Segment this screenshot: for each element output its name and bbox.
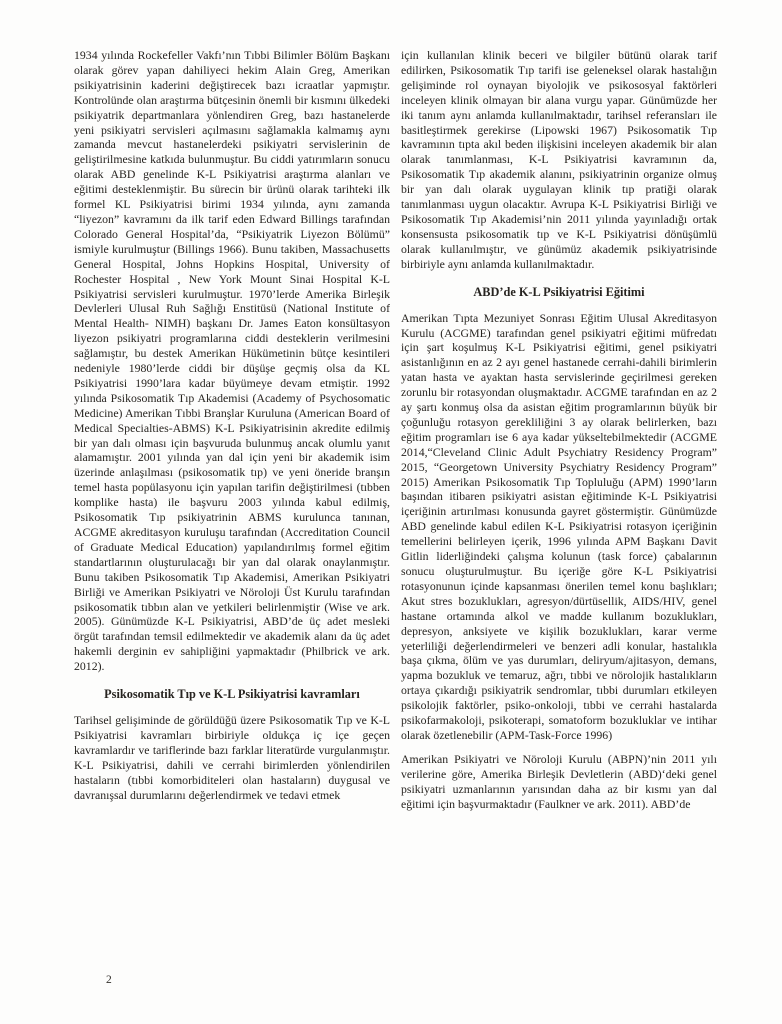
section-heading-abd-egitim: ABD’de K-L Psikiyatrisi Eğitimi (401, 285, 717, 300)
left-paragraph-history: 1934 yılında Rockefeller Vakfı’nın Tıbbi… (74, 48, 390, 674)
right-paragraph-abpn: Amerikan Psikiyatri ve Nöroloji Kurulu (… (401, 752, 717, 812)
page-number: 2 (106, 974, 112, 986)
left-column: 1934 yılında Rockefeller Vakfı’nın Tıbbi… (74, 48, 390, 821)
two-column-layout: 1934 yılında Rockefeller Vakfı’nın Tıbbi… (74, 48, 717, 821)
section-heading-psikosomatik-kavramlar: Psikosomatik Tıp ve K-L Psikiyatrisi kav… (74, 687, 390, 702)
right-paragraph-tanimlar: için kullanılan klinik beceri ve bilgile… (401, 48, 717, 272)
right-paragraph-egitim: Amerikan Tıpta Mezuniyet Sonrası Eğitim … (401, 311, 717, 743)
right-column: için kullanılan klinik beceri ve bilgile… (401, 48, 717, 821)
left-paragraph-kavramlar: Tarihsel gelişiminde de görüldüğü üzere … (74, 713, 390, 802)
document-page: 1934 yılında Rockefeller Vakfı’nın Tıbbi… (0, 0, 782, 1024)
